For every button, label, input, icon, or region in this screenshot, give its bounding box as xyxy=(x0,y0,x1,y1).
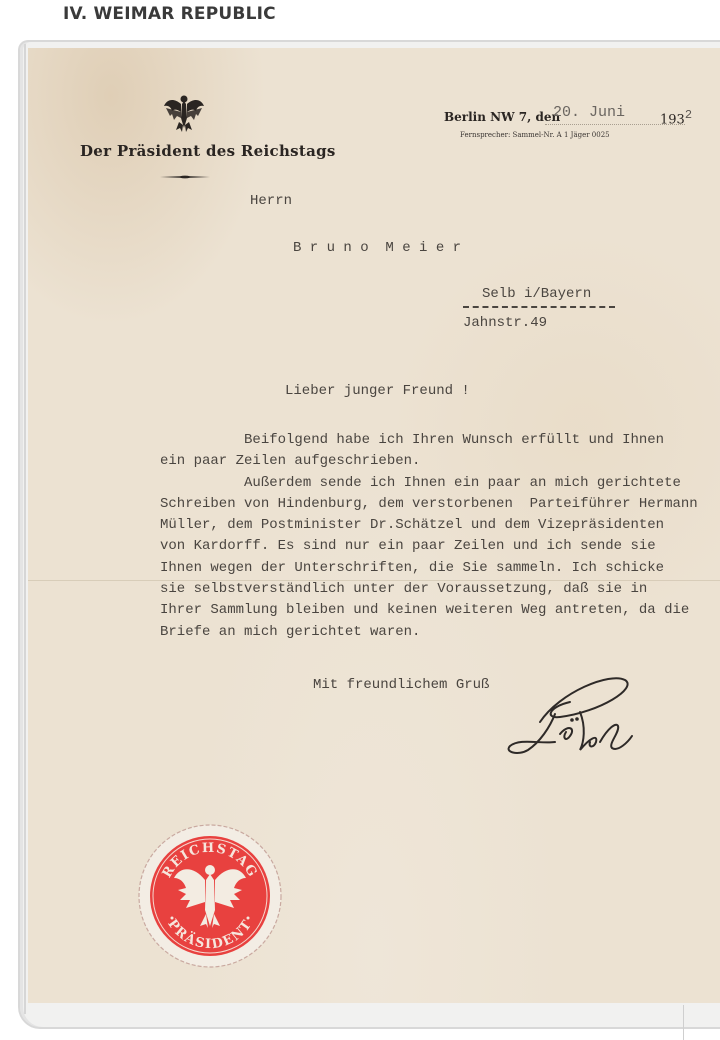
year: 1932 xyxy=(660,108,692,127)
reichstag-praesident-seal: REICHSTAG PRÄSIDENT xyxy=(136,822,284,970)
body-line: Müller, dem Postminister Dr.Schätzel und… xyxy=(160,515,720,536)
signature xyxy=(500,672,640,762)
city-date-prefix: Berlin NW 7, den xyxy=(444,110,560,124)
date-typed: 20. Juni xyxy=(553,104,625,121)
body-line: ein paar Zeilen aufgeschrieben. xyxy=(160,451,720,472)
body-line: Außerdem sende ich Ihnen ein paar an mic… xyxy=(160,473,720,494)
greeting: Lieber junger Freund ! xyxy=(285,383,470,399)
city-underline xyxy=(463,306,615,310)
sleeve-edge xyxy=(24,44,26,1014)
ornament-divider xyxy=(160,175,210,179)
body-line: Beifolgend habe ich Ihren Wunsch erfüllt… xyxy=(160,430,720,451)
sleeve-seam xyxy=(683,1005,684,1040)
body-line: von Kardorff. Es sind nur ein paar Zeile… xyxy=(160,536,720,557)
body-line: Ihnen wegen der Unterschriften, die Sie … xyxy=(160,558,720,579)
body-line: Schreiben von Hindenburg, dem verstorben… xyxy=(160,494,720,515)
body-line: sie selbstverständlich unter der Vorauss… xyxy=(160,579,720,600)
closing: Mit freundlichem Gruß xyxy=(313,677,489,693)
recipient-street: Jahnstr.49 xyxy=(463,315,547,331)
letterhead-title: Der Präsident des Reichstags xyxy=(80,142,336,160)
phone-line: Fernsprecher: Sammel-Nr. A 1 Jäger 0025 xyxy=(460,131,610,139)
reichsadler-eagle-icon xyxy=(162,92,206,136)
body-line: Ihrer Sammlung bleiben und keinen weiter… xyxy=(160,600,720,621)
section-title: IV. WEIMAR REPUBLIC xyxy=(63,4,276,24)
recipient-city: Selb i/Bayern xyxy=(482,286,591,302)
recipient-name: B r u n o M e i e r xyxy=(293,240,461,256)
recipient-salutation: Herrn xyxy=(250,193,292,209)
body-line: Briefe an mich gerichtet waren. xyxy=(160,622,720,643)
year-printed: 193 xyxy=(660,112,685,127)
letter-body: Beifolgend habe ich Ihren Wunsch erfüllt… xyxy=(160,430,720,643)
year-typed-digit: 2 xyxy=(685,108,692,122)
